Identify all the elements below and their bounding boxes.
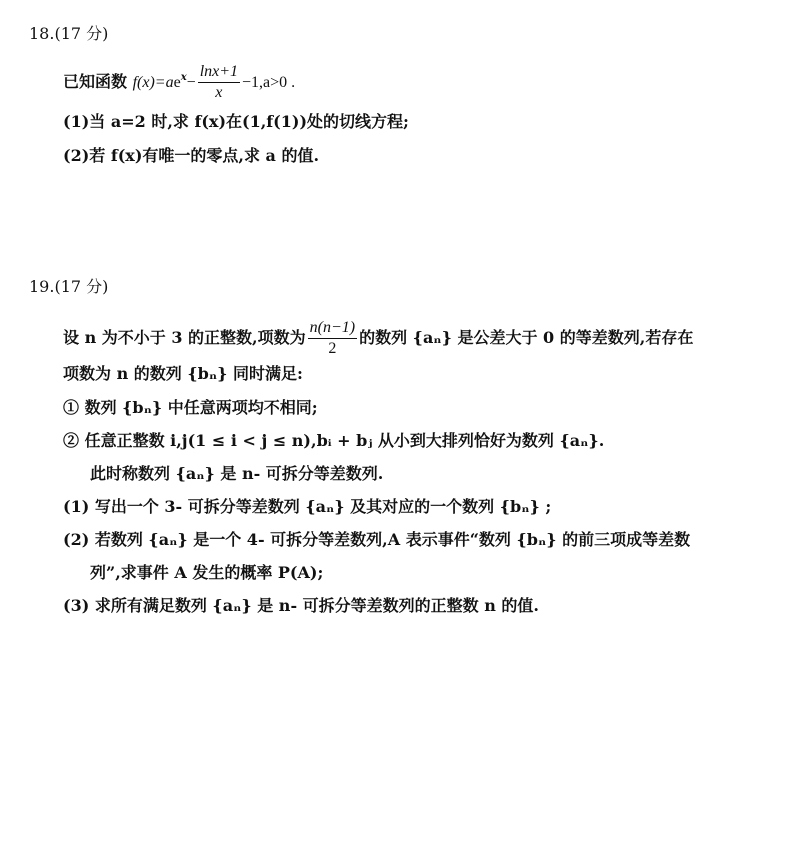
function-expression: f(x)=a [133, 74, 174, 91]
fraction-denominator: 2 [308, 339, 357, 359]
question-19-part-1: (1) 写出一个 3- 可拆分等差数列 {aₙ} 及其对应的一个数列 {bₙ} … [63, 497, 551, 517]
line1-prefix: 设 n 为不小于 3 的正整数,项数为 [63, 328, 306, 347]
fraction: lnx+1x [198, 62, 240, 103]
question-18-header: 18.(17 分) [29, 24, 108, 44]
condition-2: ② 任意正整数 i,j(1 ≤ i < j ≤ n),bᵢ + bⱼ 从小到大排… [63, 431, 604, 451]
intro-prefix: 已知函数 [63, 72, 133, 91]
question-19-part-2-line-2: 列”,求事件 A 发生的概率 P(A); [90, 563, 323, 583]
line1-suffix: 的数列 {aₙ} 是公差大于 0 的等差数列,若存在 [359, 328, 693, 347]
definition: 此时称数列 {aₙ} 是 n- 可拆分等差数列. [90, 464, 383, 484]
question-19-line-1: 设 n 为不小于 3 的正整数,项数为n(n−1)2的数列 {aₙ} 是公差大于… [63, 318, 693, 359]
question-19-part-2-line-1: (2) 若数列 {aₙ} 是一个 4- 可拆分等差数列,A 表示事件“数列 {b… [63, 530, 690, 550]
fraction-denominator: x [198, 83, 240, 103]
fraction-numerator: n(n−1) [308, 318, 357, 339]
question-19-header: 19.(17 分) [29, 277, 108, 297]
question-19-part-3: (3) 求所有满足数列 {aₙ} 是 n- 可拆分等差数列的正整数 n 的值. [63, 596, 539, 616]
question-18-part-1: (1)当 a=2 时,求 f(x)在(1,f(1))处的切线方程; [63, 112, 409, 132]
question-19-line-2: 项数为 n 的数列 {bₙ} 同时满足: [63, 364, 303, 384]
fraction: n(n−1)2 [308, 318, 357, 359]
question-18-intro: 已知函数 f(x)=aex−lnx+1x−1,a>0 . [63, 62, 295, 103]
intro-suffix: −1,a>0 . [242, 74, 295, 91]
e-base: e [174, 74, 181, 91]
condition-1: ① 数列 {bₙ} 中任意两项均不相同; [63, 398, 318, 418]
minus-sign: − [187, 74, 196, 91]
fraction-numerator: lnx+1 [198, 62, 240, 83]
question-18-part-2: (2)若 f(x)有唯一的零点,求 a 的值. [63, 146, 319, 166]
